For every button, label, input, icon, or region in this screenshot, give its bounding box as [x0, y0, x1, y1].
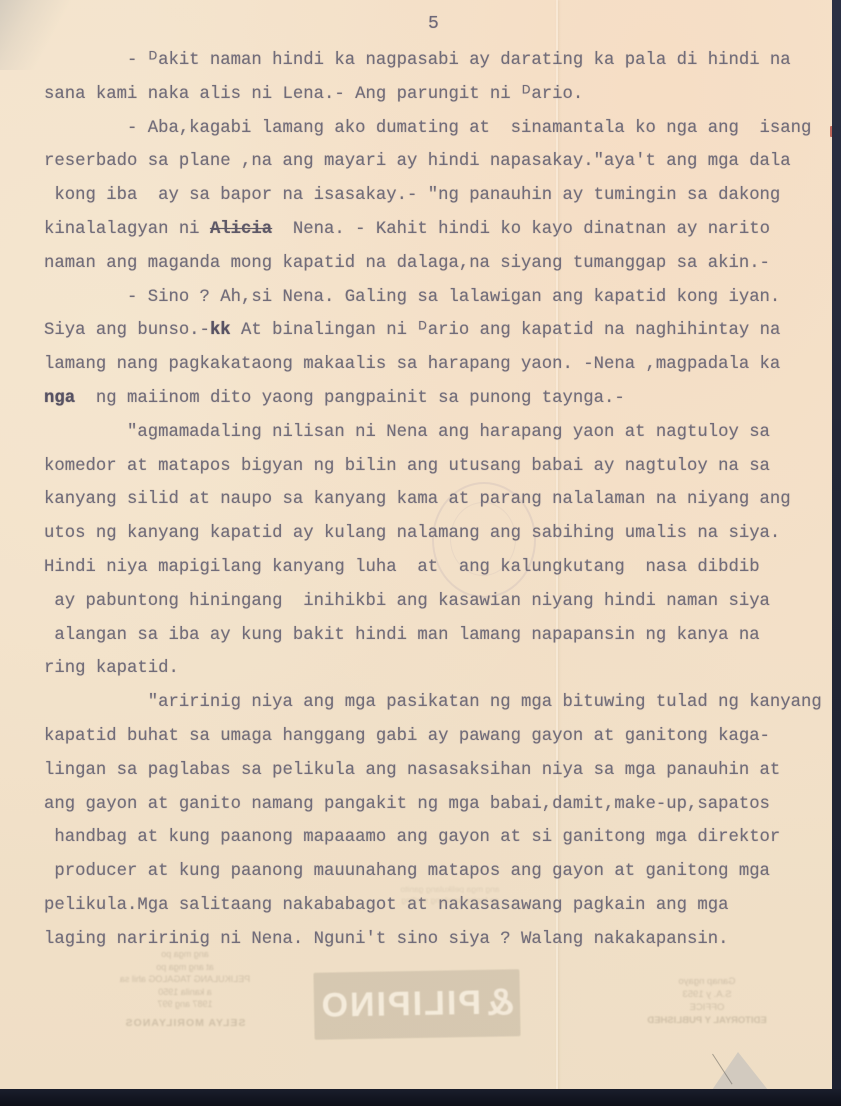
bleed-line: ang mga po: [70, 948, 300, 961]
bleed-line: SELYA MORILYANOS: [70, 1017, 300, 1030]
typed-segment: - Aba,kagabi lamang ako dumating at sina…: [44, 119, 811, 138]
typed-line: kinalalagyan ni Alicia Nena. - Kahit hin…: [44, 213, 824, 247]
typed-segment: ring kapatid.: [44, 659, 179, 678]
typed-segment: Siya ang bunso.-: [44, 321, 210, 340]
typed-segment: ay pabuntong hiningang inihikbi ang kasa…: [44, 592, 770, 611]
bleed-line: OFFICE: [612, 1001, 802, 1014]
scan-edge-right: [832, 0, 841, 1106]
typed-line: ang gayon at ganito namang pangakit ng m…: [44, 788, 824, 822]
typed-line: ring kapatid.: [44, 652, 824, 686]
typed-line: - ᴰakit naman hindi ka nagpasabi ay dara…: [44, 44, 824, 78]
typed-segment: Nena. - Kahit hindi ko kayo dinatnan ay …: [272, 220, 770, 239]
typed-segment: kong iba ay sa bapor na isasakay.- "ng p…: [44, 186, 780, 205]
typed-segment-heavy: kk: [210, 321, 231, 340]
typed-segment: ng maiinom dito yaong pangpainit sa puno…: [75, 389, 625, 408]
typed-segment: lamang nang pagkakataong makaalis sa har…: [44, 355, 780, 374]
bleedthrough-right-text: Ganap ngayoS.A. y 1953OFFICEEDITORYAL Y …: [612, 975, 802, 1027]
typed-segment: sana kami naka alis ni Lena.- Ang parung…: [44, 85, 583, 104]
typed-segment: - Sino ? Ah,si Nena. Galing sa lalawigan…: [44, 288, 780, 307]
typed-line: kanyang silid at naupo sa kanyang kama a…: [44, 483, 824, 517]
bleed-line: EDITORYAL Y PUBLISHED: [612, 1014, 802, 1027]
bleedthrough-pilipino-logo: & PILIPINO: [313, 969, 520, 1040]
bleed-line: PELIKULANG TAGALOG ahil sa: [70, 973, 300, 986]
typed-line: sana kami naka alis ni Lena.- Ang parung…: [44, 78, 824, 112]
typed-line: Hindi niya mapigilang kanyang luha at an…: [44, 551, 824, 585]
logo-figure-glyph: &: [487, 981, 515, 1024]
typed-segment: At binalingan ni ᴰario ang kapatid na na…: [231, 321, 781, 340]
scan-edge-bottom: [0, 1089, 841, 1106]
typed-segment: kanyang silid at naupo sa kanyang kama a…: [44, 490, 791, 509]
typed-line: nga ng maiinom dito yaong pangpainit sa …: [44, 382, 824, 416]
logo-wordmark: PILIPINO: [319, 984, 481, 1026]
typed-segment: - ᴰakit naman hindi ka nagpasabi ay dara…: [44, 51, 791, 70]
typed-line: lamang nang pagkakataong makaalis sa har…: [44, 348, 824, 382]
typed-segment: ang gayon at ganito namang pangakit ng m…: [44, 795, 770, 814]
typed-line: utos ng kanyang kapatid ay kulang nalama…: [44, 517, 824, 551]
typed-segment: komedor at matapos bigyan ng bilin ang u…: [44, 457, 770, 476]
bleed-line: a kanila 1950: [70, 986, 300, 999]
typed-line: - Sino ? Ah,si Nena. Galing sa lalawigan…: [44, 281, 824, 315]
typed-line: "agmamadaling nilisan ni Nena ang harapa…: [44, 416, 824, 450]
bleed-line: Ganap ngayo: [612, 975, 802, 988]
typed-segment: "aririnig niya ang mga pasikatan ng mga …: [44, 693, 822, 712]
typed-line: komedor at matapos bigyan ng bilin ang u…: [44, 450, 824, 484]
typed-line: alangan sa iba ay kung bakit hindi man l…: [44, 619, 824, 653]
scanned-typewritten-page: 5 - ᴰakit naman hindi ka nagpasabi ay da…: [0, 0, 841, 1106]
typed-line: kapatid buhat sa umaga hanggang gabi ay …: [44, 720, 824, 754]
typed-segment: laging naririnig ni Nena. Nguni't sino s…: [44, 930, 728, 949]
typed-line: handbag at kung paanong mapaaamo ang gay…: [44, 821, 824, 855]
typed-segment: "agmamadaling nilisan ni Nena ang harapa…: [44, 423, 770, 442]
bleed-line: S.A. y 1953: [612, 988, 802, 1001]
typed-segment-strike: Alicia: [210, 220, 272, 239]
typed-line: reserbado sa plane ,na ang mayari ay hin…: [44, 145, 824, 179]
typed-segment: lingan sa paglabas sa pelikula ang nasas…: [44, 761, 780, 780]
typed-line: Siya ang bunso.-kk At binalingan ni ᴰari…: [44, 314, 824, 348]
bleed-line: sa laging kanilang sariling: [330, 895, 570, 906]
typed-segment: producer at kung paanong mauunahang mata…: [44, 862, 770, 881]
typed-segment: naman ang maganda mong kapatid na dalaga…: [44, 254, 770, 273]
typed-line: naman ang maganda mong kapatid na dalaga…: [44, 247, 824, 281]
typed-segment: handbag at kung paanong mapaaamo ang gay…: [44, 828, 780, 847]
typed-text: - ᴰakit naman hindi ka nagpasabi ay dara…: [44, 44, 824, 957]
bleed-line: at ang mga po: [70, 961, 300, 974]
typed-segment: kinalalagyan ni: [44, 220, 210, 239]
bleedthrough-left-text: ang mga poat ang mga poPELIKULANG TAGALO…: [70, 948, 300, 1029]
bleedthrough-middle-text: ang mga pelikulang ganitosa laging kanil…: [330, 884, 570, 906]
bleed-line: 1987 ang 997: [70, 998, 300, 1011]
typed-segment: utos ng kanyang kapatid ay kulang nalama…: [44, 524, 780, 543]
typed-segment: Hindi niya mapigilang kanyang luha at an…: [44, 558, 760, 577]
page-number: 5: [428, 14, 439, 34]
typed-line: kong iba ay sa bapor na isasakay.- "ng p…: [44, 179, 824, 213]
typed-segment: reserbado sa plane ,na ang mayari ay hin…: [44, 152, 791, 171]
typed-line: "aririnig niya ang mga pasikatan ng mga …: [44, 686, 824, 720]
bleed-line: ang mga pelikulang ganito: [330, 884, 570, 895]
typed-segment: alangan sa iba ay kung bakit hindi man l…: [44, 626, 760, 645]
typed-segment: kapatid buhat sa umaga hanggang gabi ay …: [44, 727, 770, 746]
bottom-shadow-triangle: [712, 1052, 768, 1090]
typed-line: ay pabuntong hiningang inihikbi ang kasa…: [44, 585, 824, 619]
typed-segment-heavy: nga: [44, 389, 75, 408]
typed-line: - Aba,kagabi lamang ako dumating at sina…: [44, 112, 824, 146]
typed-line: lingan sa paglabas sa pelikula ang nasas…: [44, 754, 824, 788]
